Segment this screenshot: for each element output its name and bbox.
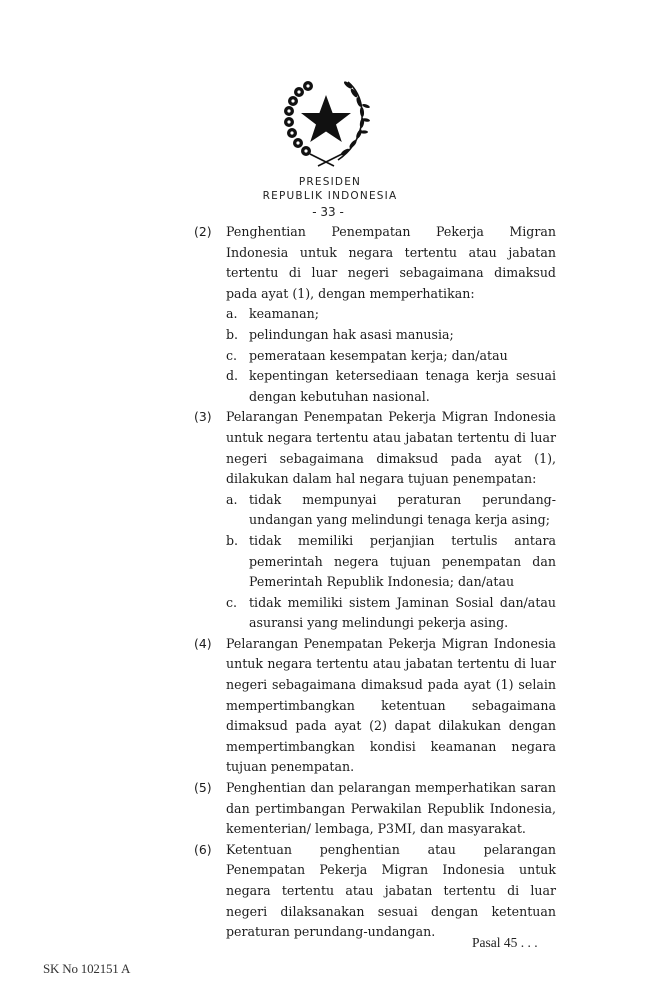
header-republic: REPUBLIK INDONESIA <box>4 190 652 202</box>
paragraph-6: (6) Ketentuan penghentian atau pelaranga… <box>194 840 556 943</box>
list-item: b.pelindungan hak asasi manusia; <box>226 325 556 346</box>
item-letter: c. <box>226 593 237 614</box>
item-list: a.tidak mempunyai peraturan perundang-un… <box>226 490 556 634</box>
paragraph-number: (6) <box>194 840 212 861</box>
list-item: d.kepentingan ketersediaan tenaga kerja … <box>226 366 556 407</box>
item-text: kepentingan ketersediaan tenaga kerja se… <box>249 368 556 404</box>
item-text: tidak memiliki perjanjian tertulis antar… <box>249 533 556 589</box>
paragraph-text: Pelarangan Penempatan Pekerja Migran Ind… <box>226 407 556 489</box>
paragraph-2: (2) Penghentian Penempatan Pekerja Migra… <box>194 222 556 407</box>
paragraph-text: Penghentian Penempatan Pekerja Migran In… <box>226 222 556 304</box>
item-letter: b. <box>226 325 238 346</box>
document-code: SK No 102151 A <box>43 961 130 977</box>
item-letter: a. <box>226 304 238 325</box>
header-president: PRESIDEN <box>4 176 652 188</box>
paragraph-number: (3) <box>194 407 212 428</box>
item-text: pemerataan kesempatan kerja; dan/atau <box>249 348 508 363</box>
page-number: - 33 - <box>0 205 652 219</box>
paragraph-number: (4) <box>194 634 212 655</box>
document-body: (2) Penghentian Penempatan Pekerja Migra… <box>194 222 556 943</box>
paragraph-4: (4) Pelarangan Penempatan Pekerja Migran… <box>194 634 556 778</box>
item-list: a.keamanan; b.pelindungan hak asasi manu… <box>226 304 556 407</box>
item-text: tidak mempunyai peraturan perundang-unda… <box>249 492 556 528</box>
paragraph-text: Pelarangan Penempatan Pekerja Migran Ind… <box>226 634 556 778</box>
paragraph-text: Ketentuan penghentian atau pelarangan Pe… <box>226 840 556 943</box>
list-item: b.tidak memiliki perjanjian tertulis ant… <box>226 531 556 593</box>
presidential-emblem-icon <box>282 76 370 168</box>
item-text: tidak memiliki sistem Jaminan Sosial dan… <box>249 595 556 631</box>
item-letter: c. <box>226 346 237 367</box>
paragraph-text: Penghentian dan pelarangan memperhatikan… <box>226 778 556 840</box>
next-page-reference: Pasal 45 . . . <box>472 935 538 951</box>
item-text: keamanan; <box>249 306 319 321</box>
paragraph-5: (5) Penghentian dan pelarangan memperhat… <box>194 778 556 840</box>
list-item: a.tidak mempunyai peraturan perundang-un… <box>226 490 556 531</box>
list-item: c.pemerataan kesempatan kerja; dan/atau <box>226 346 556 367</box>
item-letter: d. <box>226 366 238 387</box>
list-item: a.keamanan; <box>226 304 556 325</box>
item-letter: b. <box>226 531 238 552</box>
list-item: c.tidak memiliki sistem Jaminan Sosial d… <box>226 593 556 634</box>
paragraph-number: (5) <box>194 778 212 799</box>
item-letter: a. <box>226 490 238 511</box>
paragraph-number: (2) <box>194 222 212 243</box>
item-text: pelindungan hak asasi manusia; <box>249 327 454 342</box>
paragraph-3: (3) Pelarangan Penempatan Pekerja Migran… <box>194 407 556 634</box>
